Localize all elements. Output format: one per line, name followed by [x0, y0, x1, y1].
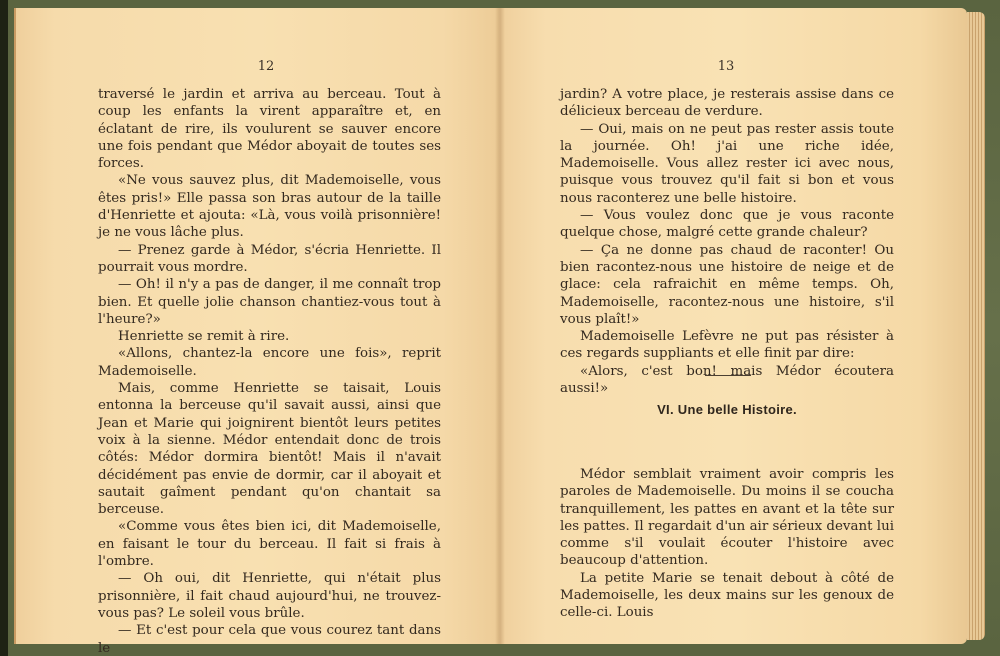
paragraph: — Oh! il n'y a pas de danger, il me conn… — [98, 276, 441, 328]
paragraph: traversé le jardin et arriva au berceau.… — [98, 86, 441, 172]
right-page-text-bottom: Médor semblait vraiment avoir compris le… — [560, 466, 894, 622]
paragraph: — Vous voulez donc que je vous raconte q… — [560, 207, 894, 242]
paragraph: «Comme vous êtes bien ici, dit Mademoise… — [98, 518, 441, 570]
paragraph: jardin? A votre place, je resterais assi… — [560, 86, 894, 121]
paragraph: — Oh oui, dit Henriette, qui n'était plu… — [98, 570, 441, 622]
paragraph: «Ne vous sauvez plus, dit Mademoiselle, … — [98, 172, 441, 241]
right-page-number: 13 — [706, 59, 746, 74]
page-stack-edges — [967, 12, 985, 640]
left-page-number: 12 — [246, 59, 286, 74]
paragraph: — Et c'est pour cela que vous courez tan… — [98, 622, 441, 656]
chapter-title: VI. Une belle Histoire. — [560, 402, 894, 417]
paragraph: Mais, comme Henriette se taisait, Louis … — [98, 380, 441, 518]
paragraph: Mademoiselle Lefèvre ne put pas résister… — [560, 328, 894, 363]
left-page-text: traversé le jardin et arriva au berceau.… — [98, 86, 441, 656]
book-gutter — [495, 8, 505, 644]
paragraph: — Prenez garde à Médor, s'écria Henriett… — [98, 242, 441, 277]
paragraph: Henriette se remit à rire. — [98, 328, 441, 345]
paragraph: «Alors, c'est bon! mais Médor écoutera a… — [560, 363, 894, 398]
cover-edge — [0, 0, 8, 656]
section-separator-rule — [705, 375, 751, 376]
paragraph: — Ça ne donne pas chaud de raconter! Ou … — [560, 242, 894, 328]
right-page-text-top: jardin? A votre place, je resterais assi… — [560, 86, 894, 397]
paragraph: — Oui, mais on ne peut pas rester assis … — [560, 121, 894, 207]
paragraph: «Allons, chantez-la encore une fois», re… — [98, 345, 441, 380]
paragraph: Médor semblait vraiment avoir compris le… — [560, 466, 894, 570]
paragraph: La petite Marie se tenait debout à côté … — [560, 570, 894, 622]
